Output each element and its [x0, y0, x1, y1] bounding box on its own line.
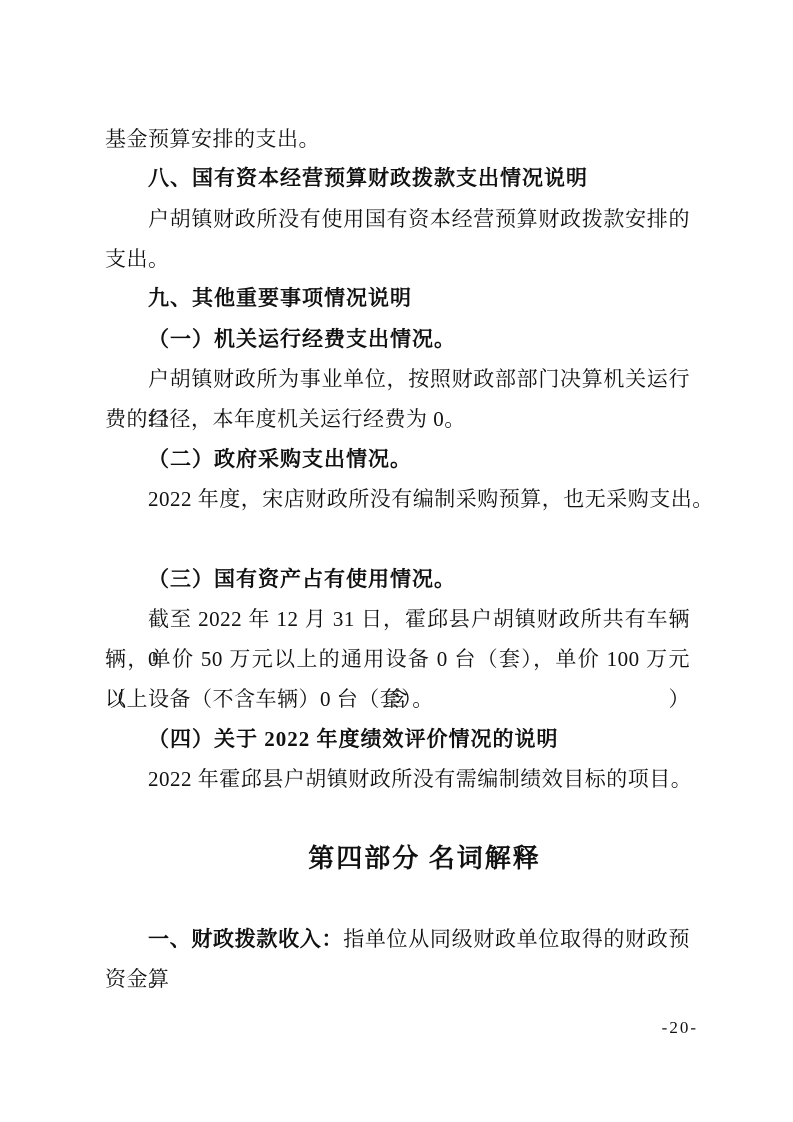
- subsection-heading-2: （二）政府采购支出情况。: [105, 439, 690, 479]
- paragraph-line: 支出。: [105, 239, 690, 279]
- blank-line: [105, 519, 690, 559]
- term-definition-line: 一、财政拨款收入：指单位从同级财政单位取得的财政预算: [105, 919, 690, 959]
- document-body: 基金预算安排的支出。 八、国有资本经营预算财政拨款支出情况说明 户胡镇财政所没有…: [105, 119, 690, 999]
- paragraph-line: 2022 年霍邱县户胡镇财政所没有需编制绩效目标的项目。: [105, 759, 690, 799]
- section-heading-8: 八、国有资本经营预算财政拨款支出情况说明: [105, 159, 690, 199]
- blank-line: [105, 799, 690, 839]
- subsection-heading-1: （一）机关运行经费支出情况。: [105, 319, 690, 359]
- paragraph-line: 辆，单价 50 万元以上的通用设备 0 台（套），单价 100 万元（含）: [105, 639, 690, 679]
- paragraph-line: 基金预算安排的支出。: [105, 119, 690, 159]
- paragraph-line: 户胡镇财政所没有使用国有资本经营预算财政拨款安排的: [105, 199, 690, 239]
- document-page: 基金预算安排的支出。 八、国有资本经营预算财政拨款支出情况说明 户胡镇财政所没有…: [0, 0, 793, 1122]
- section-heading-9: 九、其他重要事项情况说明: [105, 279, 690, 319]
- subsection-heading-3: （三）国有资产占有使用情况。: [105, 559, 690, 599]
- paragraph-line: 费的口径，本年度机关运行经费为 0。: [105, 399, 690, 439]
- paragraph-line: 2022 年度，宋店财政所没有编制采购预算，也无采购支出。: [105, 479, 690, 519]
- part-title: 第四部分 名词解释: [105, 839, 690, 879]
- blank-line: [105, 879, 690, 919]
- paragraph-line: 户胡镇财政所为事业单位，按照财政部部门决算机关运行经: [105, 359, 690, 399]
- paragraph-line: 资金。: [105, 959, 690, 999]
- paragraph-line: 截至 2022 年 12 月 31 日，霍邱县户胡镇财政所共有车辆 0: [105, 599, 690, 639]
- subsection-heading-4: （四）关于 2022 年度绩效评价情况的说明: [105, 719, 690, 759]
- page-number: -20-: [662, 1018, 698, 1038]
- term-name: 一、财政拨款收入：: [148, 927, 343, 951]
